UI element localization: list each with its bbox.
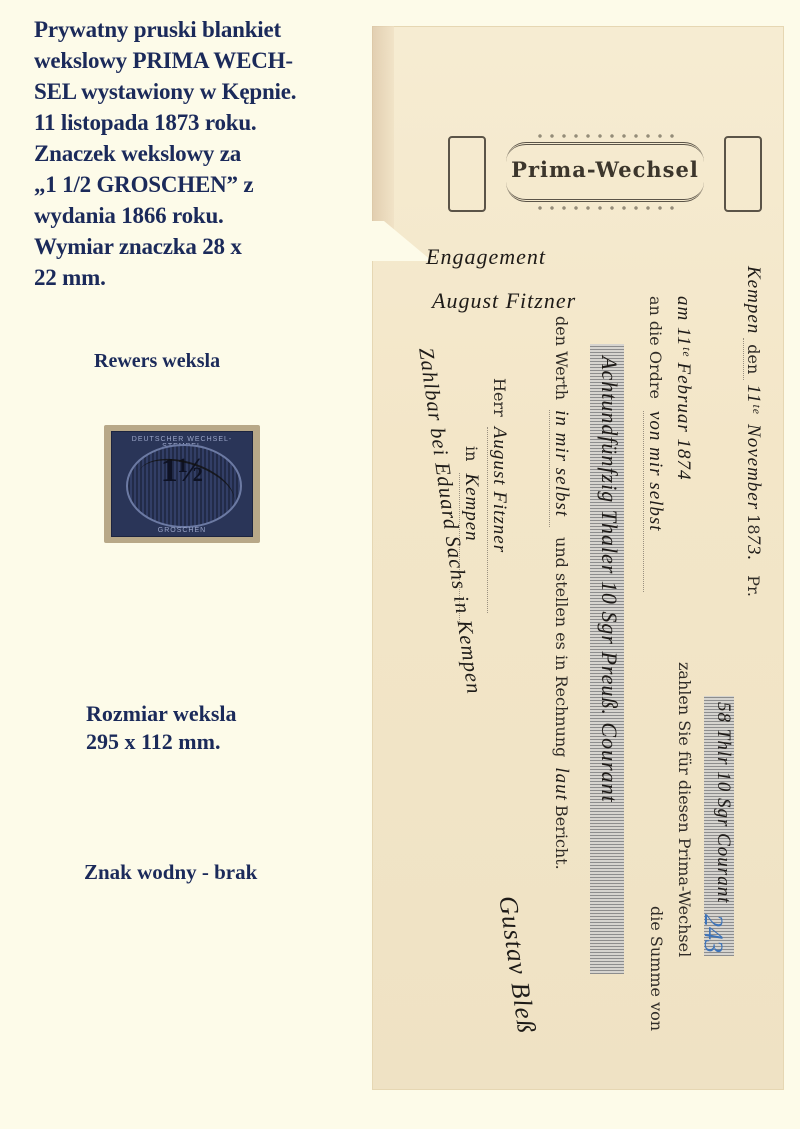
paper-fold — [372, 26, 394, 246]
watermark-label: Znak wodny - brak — [84, 860, 257, 885]
year-handwritten: 73. — [743, 535, 764, 562]
blue-inventory-number: 243 — [698, 914, 728, 953]
summe-printed: die Summe von — [647, 906, 666, 1031]
size-label: Rozmiar weksla 295 x 112 mm. — [86, 700, 237, 756]
month-handwritten: November — [743, 424, 764, 510]
amount-words-handwritten: Achtundfünfzig Thaler 10 Sgr Preuß. Cour… — [596, 356, 622, 803]
order-line: an die Ordre von mir selbst — [643, 296, 666, 592]
werth-handwritten: in mir selbst — [549, 410, 572, 527]
day-handwritten: 11ᵗᵉ — [743, 384, 764, 414]
order-handwritten: von mir selbst — [643, 411, 666, 592]
herr-printed: Herr — [490, 378, 509, 417]
ornament-top-flourish — [534, 130, 676, 142]
in-printed: in — [462, 446, 481, 461]
description-line: SEL wystawiony w Kępnie. — [34, 76, 379, 107]
order-printed: an die Ordre — [646, 296, 665, 399]
description-line: „1 1/2 GROSCHEN” z — [34, 169, 379, 200]
amount-handwritten: 58 Thlr 10 Sgr Courant — [712, 702, 734, 903]
description-line: Prywatny pruski blankiet — [34, 14, 379, 45]
due-date-handwritten: am 11ᵗᵉ Februar 1874 — [673, 296, 694, 481]
zahlen-printed: zahlen Sie für diesen Prima-Wechsel — [675, 662, 694, 957]
den-printed: den — [743, 338, 763, 380]
drawee-name-handwritten: August Fitzner — [487, 427, 510, 613]
handwritten-engagement: Engagement — [426, 244, 546, 270]
description-text: Prywatny pruski blankiet wekslowy PRIMA … — [34, 14, 379, 293]
ornament-bottom-flourish — [534, 202, 676, 214]
reverse-label: Rewers weksla — [94, 350, 220, 373]
stellen-printed: und stellen es in Rechnung — [552, 537, 571, 757]
description-line: Znaczek wekslowy za — [34, 138, 379, 169]
revenue-stamp-image: DEUTSCHER WECHSEL-STEMPEL 1½ GROSCHEN — [104, 425, 260, 543]
size-label-line: Rozmiar weksla — [86, 700, 237, 728]
handwritten-name-header: August Fitzner — [432, 288, 576, 314]
title-cartouche: Prima-Wechsel — [444, 124, 766, 220]
signature-handwritten: Gustav Bleß — [492, 894, 541, 1036]
drawee-line: Herr August Fitzner — [487, 378, 510, 613]
size-label-line: 295 x 112 mm. — [86, 728, 237, 756]
description-line: 11 listopada 1873 roku. — [34, 107, 379, 138]
value-line: den Werth in mir selbst und stellen es i… — [549, 316, 572, 870]
description-line: wekslowy PRIMA WECH- — [34, 45, 379, 76]
stamp-bottom-legend: GROSCHEN — [112, 527, 252, 534]
place-handwritten: Kempen — [743, 266, 764, 334]
description-line: Wymiar znaczka 28 x — [34, 231, 379, 262]
place-date-line: Kempen den 11ᵗᵉ November 1873. Pr. — [742, 266, 764, 597]
paper-tear — [372, 221, 432, 261]
year-printed: 18 — [744, 514, 763, 534]
werth-printed: den Werth — [552, 316, 571, 400]
bill-title: Prima-Wechsel — [444, 157, 766, 182]
description-line: wydania 1866 roku. — [34, 200, 379, 231]
stamp-face: DEUTSCHER WECHSEL-STEMPEL 1½ GROSCHEN — [111, 431, 253, 537]
bericht-printed: Bericht. — [552, 805, 571, 870]
description-line: 22 mm. — [34, 262, 379, 293]
bericht-handwritten: laut — [551, 767, 572, 801]
pr-printed: Pr. — [744, 575, 763, 597]
due-line: am 11ᵗᵉ Februar 1874 — [672, 296, 694, 481]
bill-of-exchange-image: Prima-Wechsel Engagement August Fitzner … — [372, 26, 784, 1090]
